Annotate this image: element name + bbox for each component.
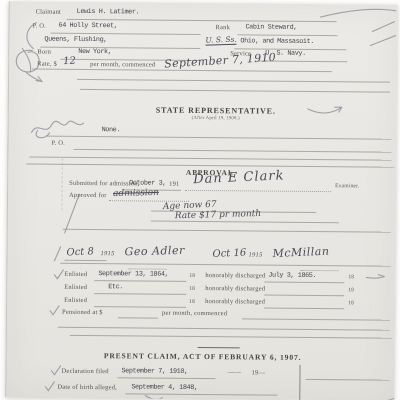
discharged-label-1: honorably discharged (205, 273, 265, 280)
rate-note-handwritten: Rate $17 pr month (175, 210, 261, 221)
present-claim-title: PRESENT CLAIM, ACT OF FEBRUARY 6, 1907. (5, 350, 397, 362)
declaration-rule (117, 377, 215, 379)
discharge-rule-2 (264, 295, 344, 297)
declaration-label: Declaration filed (61, 369, 108, 376)
enlisted-label-1: Enlisted (64, 272, 87, 279)
po-value: 64 Holly Street, (58, 23, 117, 30)
rank-label: Rank (215, 25, 230, 32)
state-rep-name-rule (47, 136, 392, 140)
discharged-label-3: honorably discharged (205, 299, 265, 306)
stamp-year-1: 1915 (101, 252, 115, 258)
blank-rule-3 (29, 156, 391, 160)
pencil-slash-approval (65, 195, 79, 233)
discharged-label-2: honorably discharged (205, 286, 265, 293)
state-rep-po-label: P. O. (51, 141, 65, 148)
enlist-date-1: September 13, 1864, (98, 271, 168, 278)
enlist-date-2: Etc. (108, 284, 123, 291)
declaration-value: September 7, 1910, (121, 368, 187, 375)
scanned-pension-document: Claimant Lewis H. Latimer. P. O. 64 Holl… (0, 0, 400, 400)
pension-amount-rule (118, 317, 158, 318)
check-mark-pensioned (50, 306, 59, 315)
declaration-year: 19— (251, 370, 265, 377)
enlist-rule-1 (94, 280, 186, 282)
pencil-circle-tail (22, 48, 31, 72)
vessels-value: Ohio, and Massasoit. (240, 38, 314, 45)
blank-rule-6 (58, 327, 390, 331)
po-label: P. O. (32, 24, 46, 31)
pencil-arrow-mark (26, 72, 42, 81)
state-rep-name-value: None. (102, 127, 120, 134)
rate-date-handwritten: September 7, 1910 (164, 52, 276, 70)
section-divider (198, 347, 240, 348)
pencil-slash-vessels (370, 35, 395, 45)
vessels-handwritten: U. S. Ss. (205, 36, 237, 45)
submitted-year: 191 (169, 182, 179, 189)
discharge-rule-1 (264, 282, 344, 284)
dob-value: September 4, 1848, (131, 384, 197, 391)
enlist-rule-3 (94, 306, 186, 308)
rank-value: Cabin Steward, (245, 24, 297, 31)
rate-note-rule (151, 221, 339, 224)
examiner-label: Examiner. (335, 184, 359, 190)
dob-rule (125, 393, 277, 395)
approved-handwritten: admission (113, 189, 159, 199)
check-mark-dob (45, 382, 54, 391)
enlist-rule-2 (94, 293, 186, 295)
blank-rule-2 (80, 89, 390, 93)
pension-mid-label: per month, commenced (162, 311, 227, 318)
declaration-dash: —— (227, 370, 240, 377)
submitted-date: October 3, (129, 180, 166, 187)
rate-mid-label: per month, commenced (90, 62, 155, 69)
rank-rule (237, 34, 337, 36)
form-content: Claimant Lewis H. Latimer. P. O. 64 Holl… (5, 1, 397, 400)
pensioned-label: Pensioned at $ (62, 310, 103, 317)
examiner-signature: Dan E Clark (193, 169, 285, 186)
address2-rule (40, 47, 200, 49)
signatures-rule (60, 263, 390, 267)
born-label: Born (37, 50, 51, 57)
signature-dots (185, 190, 331, 192)
enlist-year-3: 18 (189, 300, 195, 306)
discharge-year-2: 18 (348, 288, 354, 294)
reviewer-signature-1: Geo Adler (124, 245, 184, 258)
address2-value: Queens, Flushing, (44, 37, 107, 44)
blank-rule-5 (63, 229, 391, 233)
blank-rule-1 (77, 79, 390, 83)
discharge-year-1: 18 (348, 275, 354, 281)
pencil-slash-dates-row (54, 247, 60, 261)
pension-date-rule (242, 318, 390, 320)
dob-label: Date of birth alleged, (57, 385, 117, 392)
state-rep-po-rule (73, 149, 391, 153)
discharge-year-3: 18 (348, 301, 354, 307)
born-value: New York, (78, 49, 111, 56)
reviewer-signature-2: McMillan (272, 246, 329, 259)
enlisted-label-3: Enlisted (64, 298, 87, 305)
stamp-year-2: 1915 (248, 253, 262, 259)
date1-rule-a (64, 260, 106, 261)
pencil-slash-rank (372, 21, 394, 31)
pencil-swoosh-top-right (321, 9, 396, 18)
declaration-right-rule (305, 379, 389, 381)
claimant-value: Lewis H. Latimer. (77, 9, 140, 16)
enlist-year-2: 18 (189, 287, 195, 293)
rate-label: Rate, $ (37, 62, 57, 69)
rate-rule (32, 69, 332, 73)
stamp-date-1: Oct 8 (66, 247, 94, 258)
paper-edge-mark (387, 397, 397, 400)
enlist-year-1: 18 (189, 274, 195, 280)
check-mark-enlisted (54, 270, 63, 279)
approved-label: Approved for (69, 193, 107, 200)
blank-rule-7 (70, 335, 392, 339)
pencil-mark-dob-below (145, 396, 162, 400)
discharge-rule-3 (264, 308, 344, 310)
rate-amount-handwritten: 12 (63, 57, 76, 68)
stamp-date-2: Oct 16 (212, 249, 246, 260)
paper-sheet: Claimant Lewis H. Latimer. P. O. 64 Holl… (5, 1, 397, 400)
discharge-date-1: July 3, 1865. (268, 273, 316, 280)
enlisted-label-2: Enlisted (64, 285, 87, 292)
po-rule (50, 33, 200, 35)
column-divider-line (299, 365, 300, 400)
claimant-label: Claimant (36, 10, 61, 17)
check-mark-declaration (51, 366, 60, 375)
pencil-dash-enlisted-right (366, 274, 384, 278)
